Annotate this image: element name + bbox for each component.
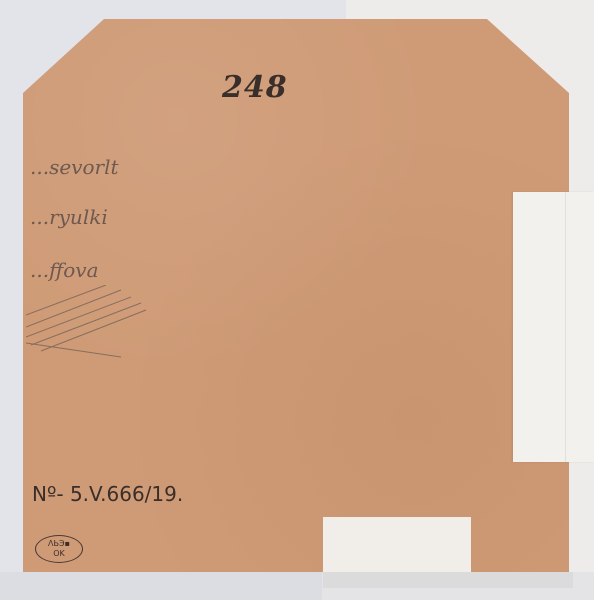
pencil-hatching — [26, 285, 151, 360]
stamp-line-2: OK — [36, 549, 82, 559]
tape-fold — [565, 192, 566, 462]
reference-number: Nº- 5.V.666/19. — [32, 482, 183, 506]
tape-shadow-strip — [323, 572, 573, 588]
paper-tape-right — [513, 192, 594, 462]
pencil-line-3: ...ffova — [30, 258, 99, 282]
folio-number: 248 — [222, 70, 288, 105]
pencil-line-2: ...ryulki — [30, 205, 108, 229]
pencil-line-1: ...sevorlt — [30, 155, 119, 179]
archive-stamp: ΛЬЭ▪ OK — [35, 535, 83, 563]
stamp-line-1: ΛЬЭ▪ — [36, 539, 82, 549]
paper-tape-bottom — [323, 517, 471, 572]
